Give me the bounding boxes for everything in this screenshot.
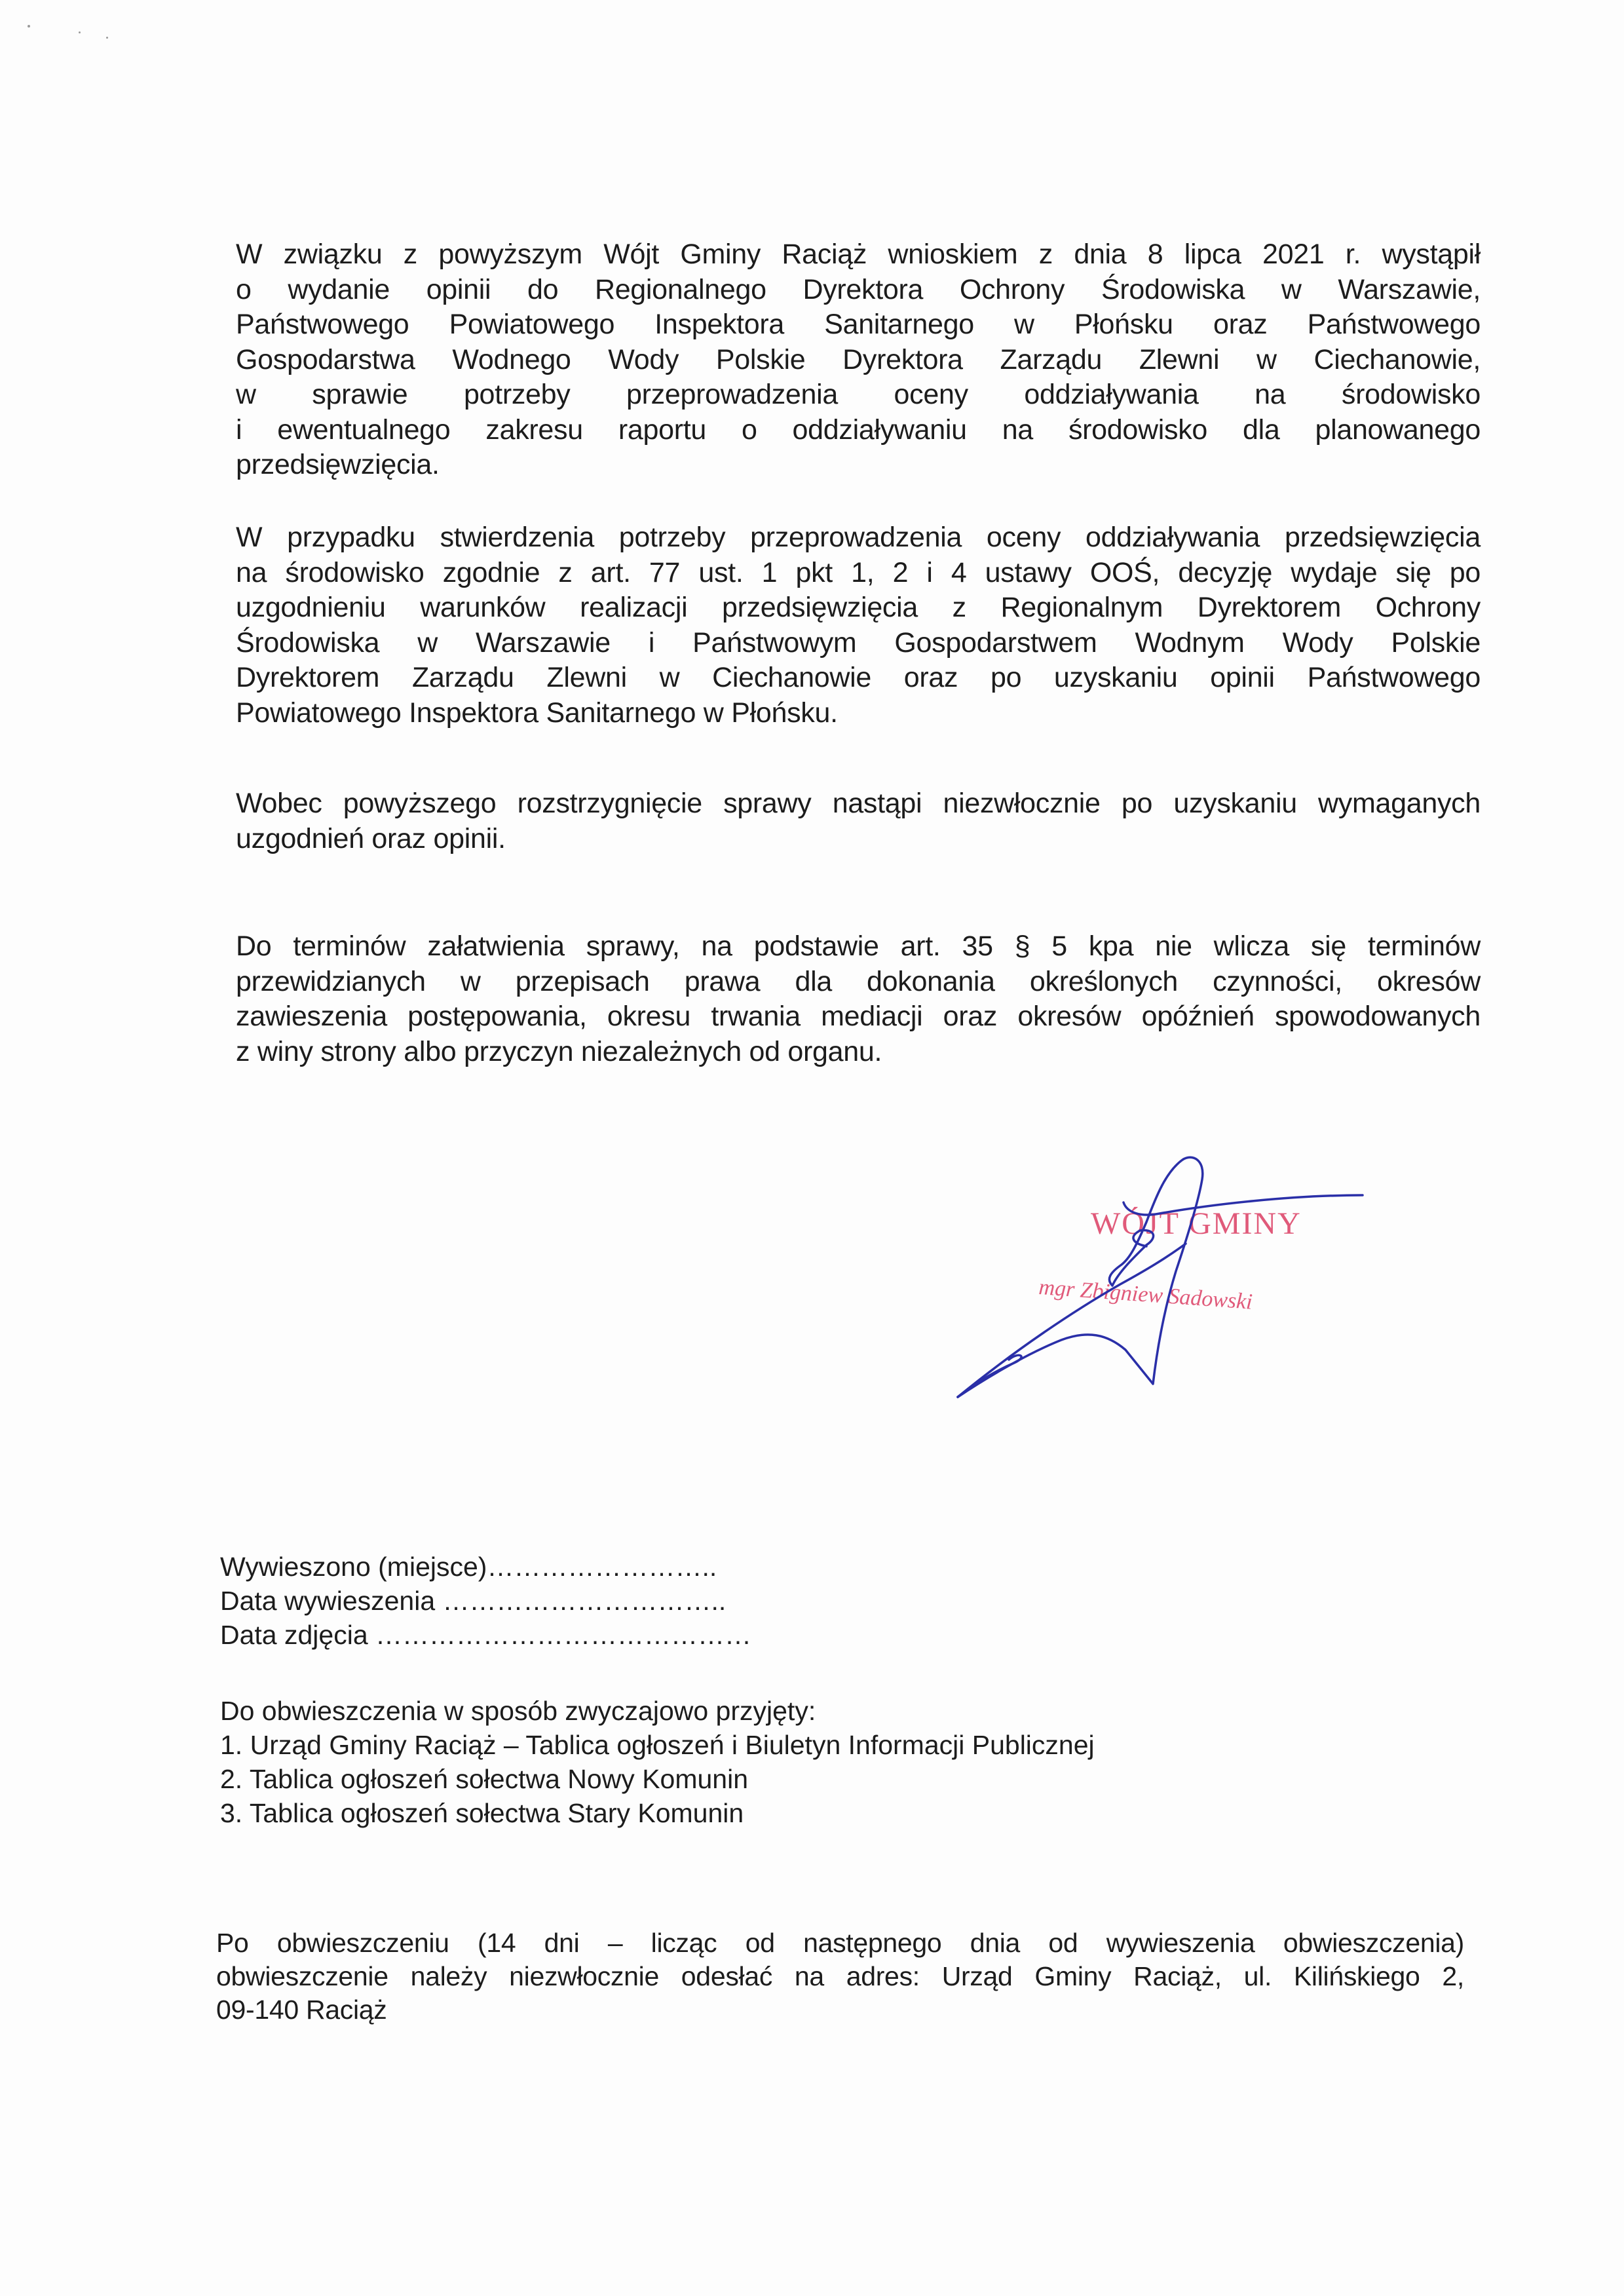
- posted-date-field: Data wywieszenia …………………………..: [220, 1584, 751, 1618]
- text-line: i ewentualnego zakresu raportu o oddział…: [236, 413, 1481, 448]
- distribution-list: Do obwieszczenia w sposób zwyczajowo prz…: [220, 1694, 1095, 1830]
- text-line: 09-140 Raciąż: [216, 1993, 1464, 2027]
- text-line: Po obwieszczeniu (14 dni – licząc od nas…: [216, 1926, 1464, 1960]
- text-line: o wydanie opinii do Regionalnego Dyrekto…: [236, 273, 1481, 308]
- text-line: Państwowego Powiatowego Inspektora Sanit…: [236, 307, 1481, 343]
- text-line: W przypadku stwierdzenia potrzeby przepr…: [236, 520, 1481, 556]
- text-line: uzgodnieniu warunków realizacji przedsię…: [236, 590, 1481, 626]
- text-line: przedsięwzięcia.: [236, 448, 1481, 483]
- text-line: W związku z powyższym Wójt Gminy Raciąż …: [236, 237, 1481, 273]
- text-line: Środowiska w Warszawie i Państwowym Gosp…: [236, 626, 1481, 661]
- paragraph-resolution: Wobec powyższego rozstrzygnięcie sprawy …: [236, 786, 1481, 856]
- closing-instructions: Po obwieszczeniu (14 dni – licząc od nas…: [216, 1926, 1464, 2027]
- text-line: uzgodnień oraz opinii.: [236, 822, 1481, 857]
- text-line: Dyrektorem Zarządu Zlewni w Ciechanowie …: [236, 660, 1481, 696]
- text-line: na środowisko zgodnie z art. 77 ust. 1 p…: [236, 556, 1481, 591]
- text-line: przewidzianych w przepisach prawa dla do…: [236, 965, 1481, 1000]
- distribution-heading: Do obwieszczenia w sposób zwyczajowo prz…: [220, 1694, 1095, 1728]
- list-item: 2. Tablica ogłoszeń sołectwa Nowy Komuni…: [220, 1762, 1095, 1796]
- paragraph-opinion-request: W związku z powyższym Wójt Gminy Raciąż …: [236, 237, 1481, 483]
- removal-date-field: Data zdjęcia ……………………………………: [220, 1618, 751, 1652]
- handwritten-signature-icon: [950, 1140, 1507, 1415]
- text-line: Wobec powyższego rozstrzygnięcie sprawy …: [236, 786, 1481, 822]
- posting-form: Wywieszono (miejsce)…………………….. Data wywi…: [220, 1550, 751, 1652]
- text-line: obwieszczenie należy niezwłocznie odesła…: [216, 1960, 1464, 1993]
- text-line: z winy strony albo przyczyn niezależnych…: [236, 1035, 1481, 1070]
- text-line: Do terminów załatwienia sprawy, na podst…: [236, 929, 1481, 965]
- text-line: Gospodarstwa Wodnego Wody Polskie Dyrekt…: [236, 343, 1481, 378]
- scan-artifact: [28, 22, 119, 42]
- signature-block: WÓJT GMINY mgr Zbigniew Sadowski: [950, 1140, 1507, 1415]
- posted-place-field: Wywieszono (miejsce)……………………..: [220, 1550, 751, 1584]
- document-page: W związku z powyższym Wójt Gminy Raciąż …: [0, 0, 1624, 2296]
- text-line: Powiatowego Inspektora Sanitarnego w Pło…: [236, 696, 1481, 731]
- text-line: zawieszenia postępowania, okresu trwania…: [236, 999, 1481, 1035]
- paragraph-assessment-conditions: W przypadku stwierdzenia potrzeby przepr…: [236, 520, 1481, 731]
- list-item: 1. Urząd Gminy Raciąż – Tablica ogłoszeń…: [220, 1728, 1095, 1762]
- text-line: w sprawie potrzeby przeprowadzenia oceny…: [236, 377, 1481, 413]
- paragraph-deadlines: Do terminów załatwienia sprawy, na podst…: [236, 929, 1481, 1069]
- list-item: 3. Tablica ogłoszeń sołectwa Stary Komun…: [220, 1796, 1095, 1830]
